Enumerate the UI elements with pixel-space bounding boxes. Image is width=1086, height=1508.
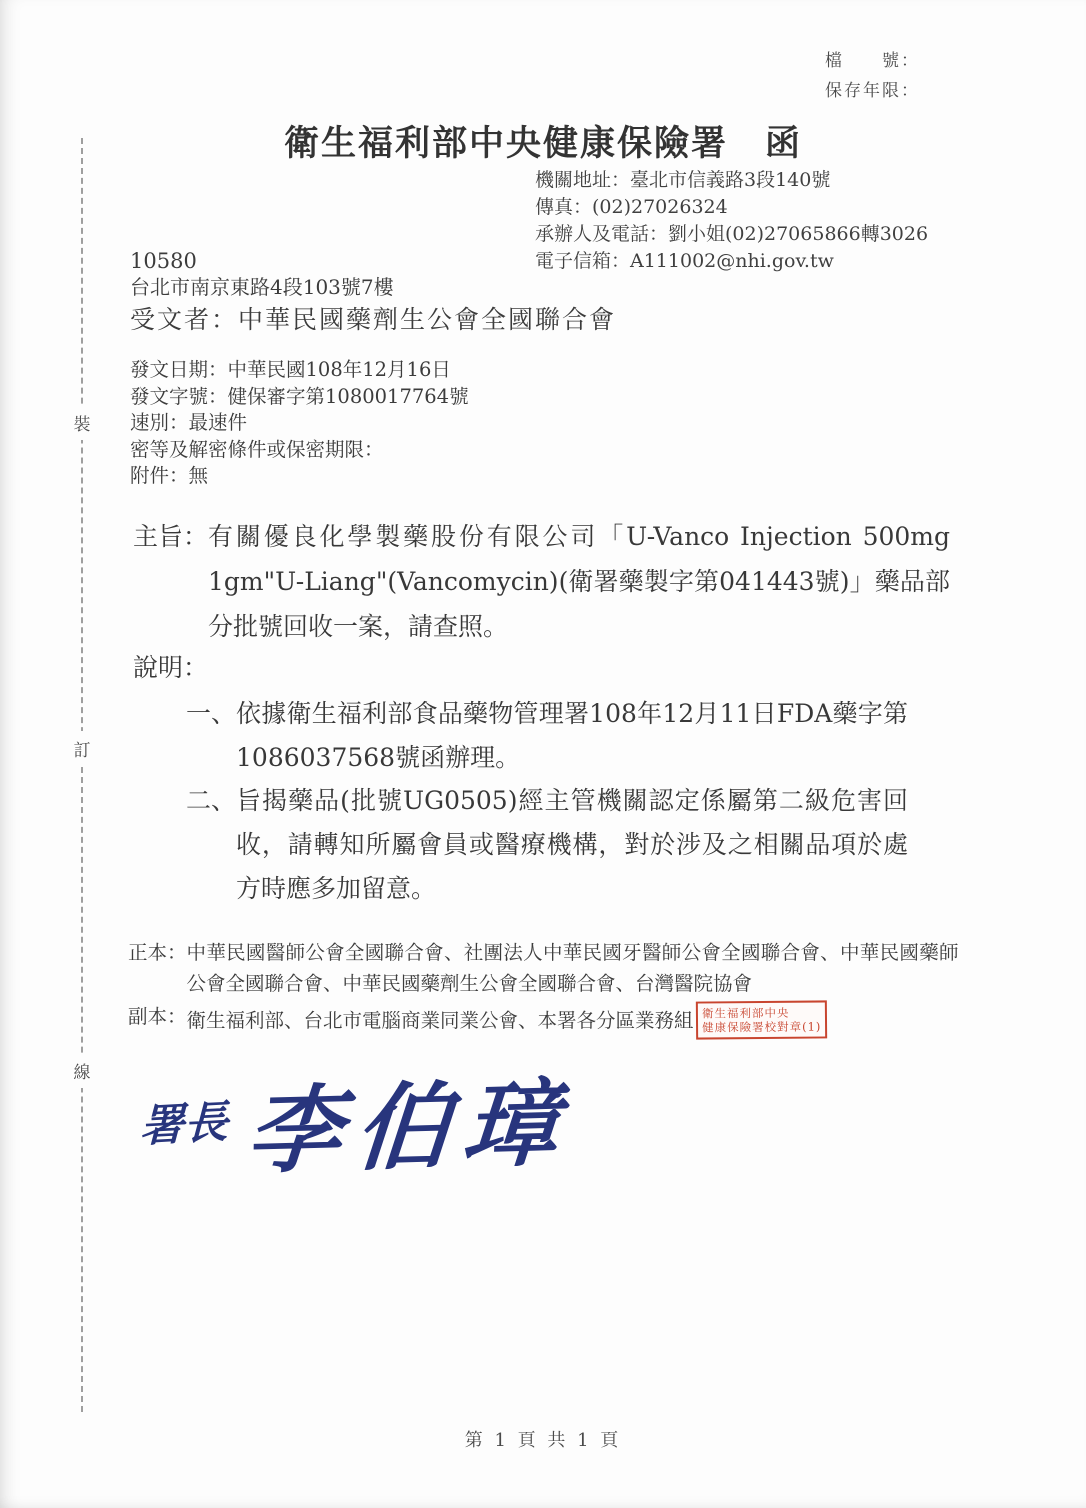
page-number-footer: 第 1 頁 共 1 頁 <box>0 1426 1086 1452</box>
document-page: 檔 號： 保存年限： 衛生福利部中央健康保險署 函 機關地址：臺北市信義路3段1… <box>0 0 1086 1508</box>
dispatch-date: 發文日期：中華民國108年12月16日 <box>130 357 469 384</box>
cc-copy-row: 副本： 衛生福利部、台北市電腦商業同業公會、本署各分區業務組 衛生福利部中央 健… <box>128 1001 959 1039</box>
description-label: 說明： <box>133 648 208 684</box>
agency-address: 機關地址：臺北市信義路3段140號 <box>535 167 928 194</box>
verification-stamp: 衛生福利部中央 健康保險署校對章(1) <box>695 1000 827 1039</box>
copies-block: 正本： 中華民國醫師公會全國聯合會、社團法人中華民國牙醫師公會全國聯合會、中華民… <box>128 937 959 1039</box>
dispatch-meta-block: 發文日期：中華民國108年12月16日 發文字號：健保審字第1080017764… <box>130 357 469 490</box>
binding-mark-zhuang: 裝 <box>72 405 92 440</box>
signature-block: 署長 李伯璋 <box>140 1052 572 1187</box>
document-title: 衛生福利部中央健康保險署 函 <box>0 116 1086 166</box>
binding-mark-ding: 訂 <box>72 731 92 766</box>
dispatch-secrecy: 密等及解密條件或保密期限： <box>130 437 469 464</box>
original-copy-row: 正本： 中華民國醫師公會全國聯合會、社團法人中華民國牙醫師公會全國聯合會、中華民… <box>128 937 959 999</box>
dispatch-attachment: 附件：無 <box>130 463 469 490</box>
signature-name: 李伯璋 <box>243 1048 578 1192</box>
description-item-2: 二、 旨揭藥品(批號UG0505)經主管機關認定係屬第二級危害回收，請轉知所屬會… <box>186 779 908 911</box>
description-item-1-number: 一、 <box>186 692 236 736</box>
verification-stamp-line1: 衛生福利部中央 <box>701 1006 789 1021</box>
description-item-2-text: 旨揭藥品(批號UG0505)經主管機關認定係屬第二級危害回收，請轉知所屬會員或醫… <box>236 779 908 911</box>
cc-copy-label: 副本： <box>128 1001 187 1032</box>
agency-fax: 傳真：(02)27026324 <box>535 194 928 221</box>
agency-contact: 承辦人及電話：劉小姐(02)27065866轉3026 <box>535 221 928 248</box>
description-item-2-number: 二、 <box>186 779 236 823</box>
original-copy-label: 正本： <box>128 937 187 968</box>
file-no-label: 檔 號： <box>825 46 920 76</box>
retention-period-label: 保存年限： <box>825 76 920 106</box>
subject-text: 有關優良化學製藥股份有限公司「U-Vanco Injection 500mg 1… <box>208 514 950 649</box>
cc-copy-recipients: 衛生福利部、台北市電腦商業同業公會、本署各分區業務組 <box>187 1005 694 1036</box>
description-item-1-text: 依據衛生福利部食品藥物管理署108年12月11日FDA藥字第1086037568… <box>236 692 908 780</box>
recipient-block: 10580 台北市南京東路4段103號7樓 受文者：中華民國藥劑生公會全國聯合會 <box>130 249 616 337</box>
dispatch-number: 發文字號：健保審字第1080017764號 <box>130 384 469 411</box>
file-number-block: 檔 號： 保存年限： <box>825 46 920 106</box>
subject-block: 主旨： 有關優良化學製藥股份有限公司「U-Vanco Injection 500… <box>133 514 950 649</box>
binding-mark-xian: 線 <box>72 1053 92 1088</box>
recipient-postal-code: 10580 <box>130 249 616 274</box>
recipient-address: 台北市南京東路4段103號7樓 <box>130 274 616 301</box>
description-item-1: 一、 依據衛生福利部食品藥物管理署108年12月11日FDA藥字第1086037… <box>186 692 908 780</box>
subject-label: 主旨： <box>133 514 208 559</box>
recipient-line: 受文者：中華民國藥劑生公會全國聯合會 <box>130 303 616 337</box>
original-copy-recipients: 中華民國醫師公會全國聯合會、社團法人中華民國牙醫師公會全國聯合會、中華民國藥師公… <box>187 937 959 999</box>
verification-stamp-line2: 健康保險署校對章(1) <box>702 1019 821 1034</box>
signature-title: 署長 <box>140 1085 229 1154</box>
dispatch-speed: 速別：最速件 <box>130 410 469 437</box>
binding-dashed-line <box>81 138 83 1412</box>
